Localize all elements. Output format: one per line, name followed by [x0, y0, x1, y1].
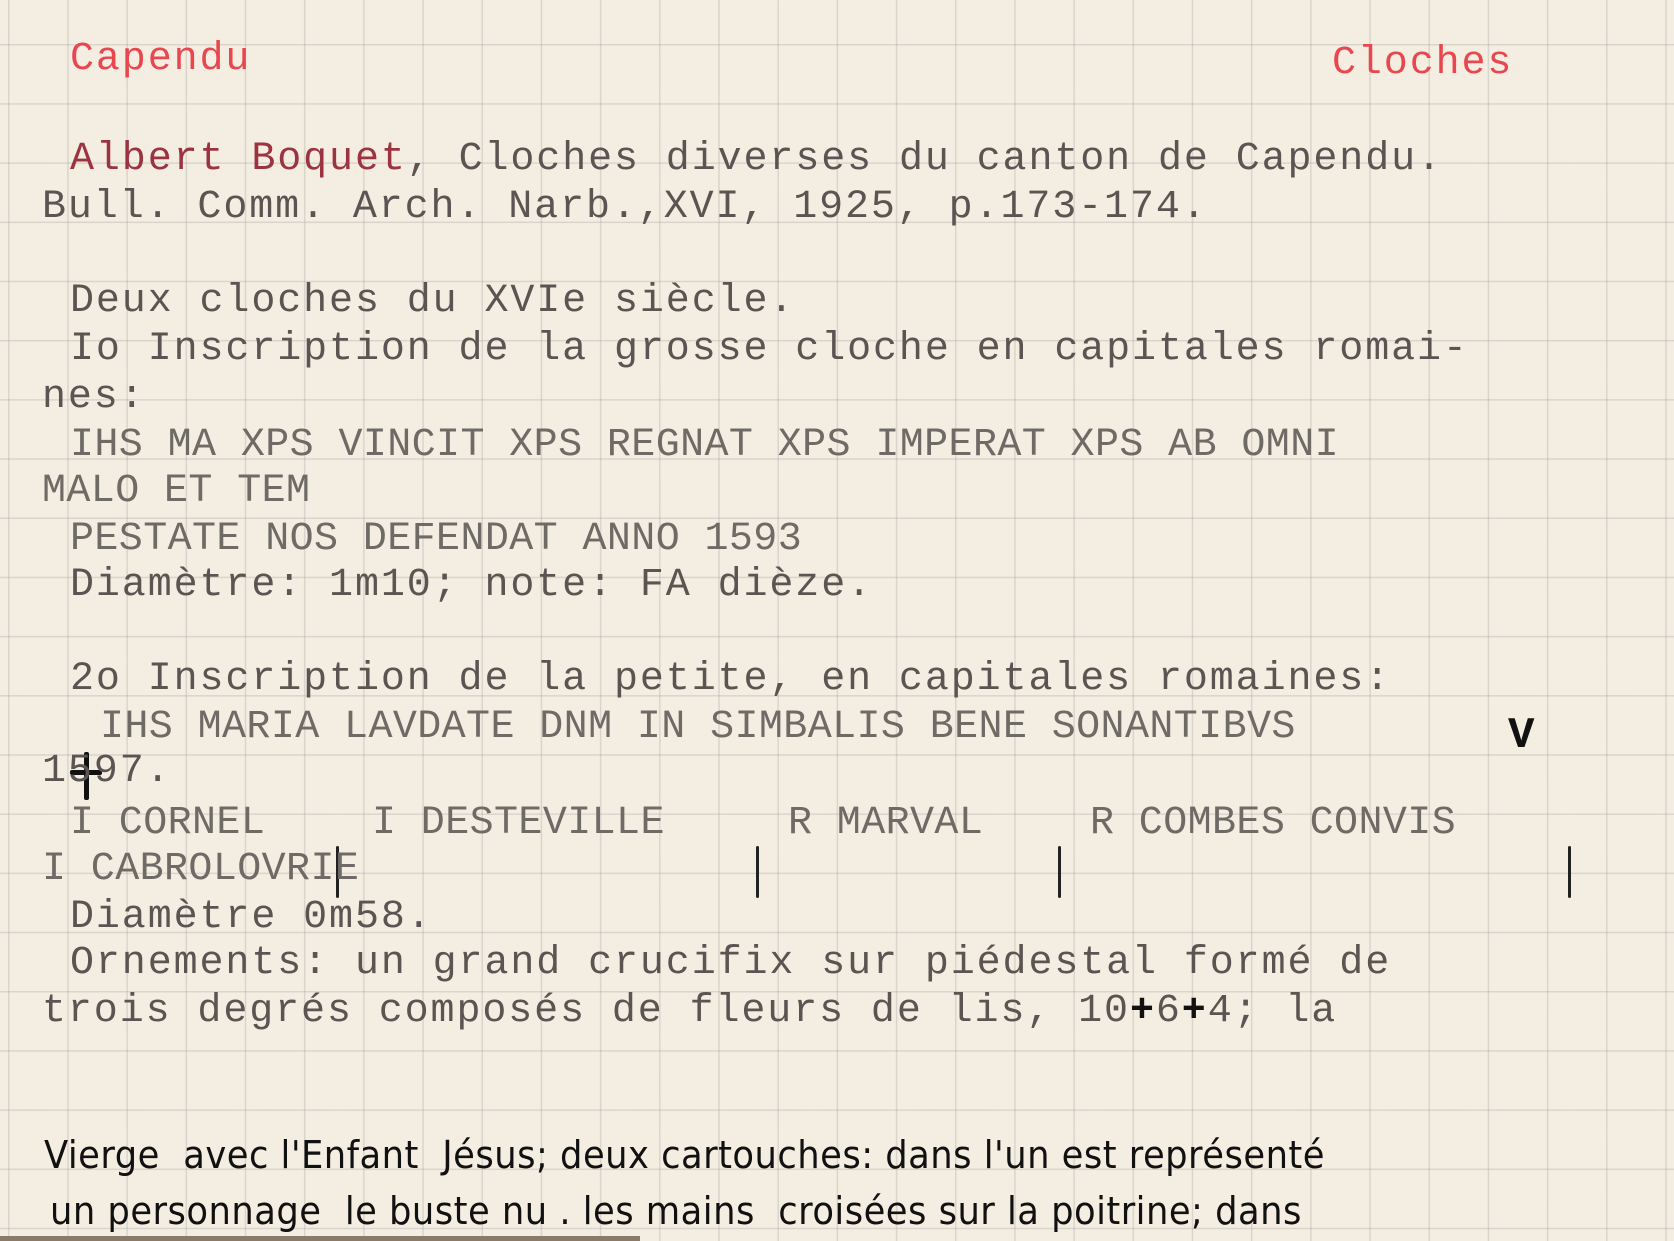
- reference-title: , Cloches diverses du canton de Capendu.: [407, 137, 1443, 182]
- separator-bar: [1568, 846, 1571, 898]
- ornaments-text: trois degrés composés de fleurs de lis, …: [42, 989, 1130, 1034]
- bell1-heading: Io Inscription de la grosse cloche en ca…: [70, 326, 1469, 374]
- author-name: Albert Boquet: [70, 137, 407, 182]
- reference-line-1: Albert Boquet, Cloches diverses du canto…: [70, 136, 1443, 184]
- bell1-inscription-2: MALO ET TEM: [42, 468, 310, 516]
- bell2-name-1: I CORNEL: [70, 800, 265, 848]
- card-edge: [0, 1236, 640, 1241]
- handwritten-line-2: un personnage le buste nu . les mains cr…: [50, 1186, 1302, 1236]
- plus-sign: +: [1182, 989, 1208, 1034]
- intro-line: Deux cloches du XVIe siècle.: [70, 278, 795, 326]
- bell2-heading: 2o Inscription de la petite, en capitale…: [70, 656, 1391, 704]
- bell2-names-cont: I CABROLOVRIE: [42, 846, 359, 894]
- handwritten-line-1: Vierge avec l'Enfant Jésus; deux cartouc…: [44, 1130, 1325, 1180]
- place-heading: Capendu: [70, 36, 251, 84]
- subject-heading: Cloches: [1332, 40, 1513, 88]
- reference-citation: Bull. Comm. Arch. Narb.,XVI, 1925, p.173…: [42, 184, 1208, 232]
- bell1-diameter: Diamètre: 1m10; note: FA dièze.: [70, 562, 873, 610]
- ornaments-end: 4; la: [1208, 989, 1338, 1034]
- bell2-name-3: R MARVAL: [788, 800, 983, 848]
- separator-bar: [756, 846, 759, 898]
- bell1-inscription-3: PESTATE NOS DEFENDAT ANNO 1593: [70, 516, 802, 564]
- separator-bar: [1058, 846, 1061, 898]
- plus-sign: +: [1130, 989, 1156, 1034]
- bell2-diameter: Diamètre 0m58.: [70, 894, 433, 942]
- v-correction-mark: V: [1508, 712, 1536, 760]
- bell1-inscription-1: IHS MA XPS VINCIT XPS REGNAT XPS IMPERAT…: [70, 422, 1339, 470]
- bell2-inscription-2: 1597.: [42, 748, 172, 796]
- bell1-heading-cont: nes:: [42, 374, 146, 422]
- bell2-inscription-1: IHS MARIA LAVDATE DNM IN SIMBALIS BENE S…: [100, 704, 1296, 752]
- ornaments-line-2: trois degrés composés de fleurs de lis, …: [42, 988, 1337, 1036]
- bell2-name-4: R COMBES CONVIS: [1090, 800, 1456, 848]
- index-card: Capendu Cloches Albert Boquet, Cloches d…: [0, 0, 1674, 1241]
- ornaments-line-1: Ornements: un grand crucifix sur piédest…: [70, 940, 1391, 988]
- bell2-name-2: I DESTEVILLE: [372, 800, 665, 848]
- ornaments-six: 6: [1156, 989, 1182, 1034]
